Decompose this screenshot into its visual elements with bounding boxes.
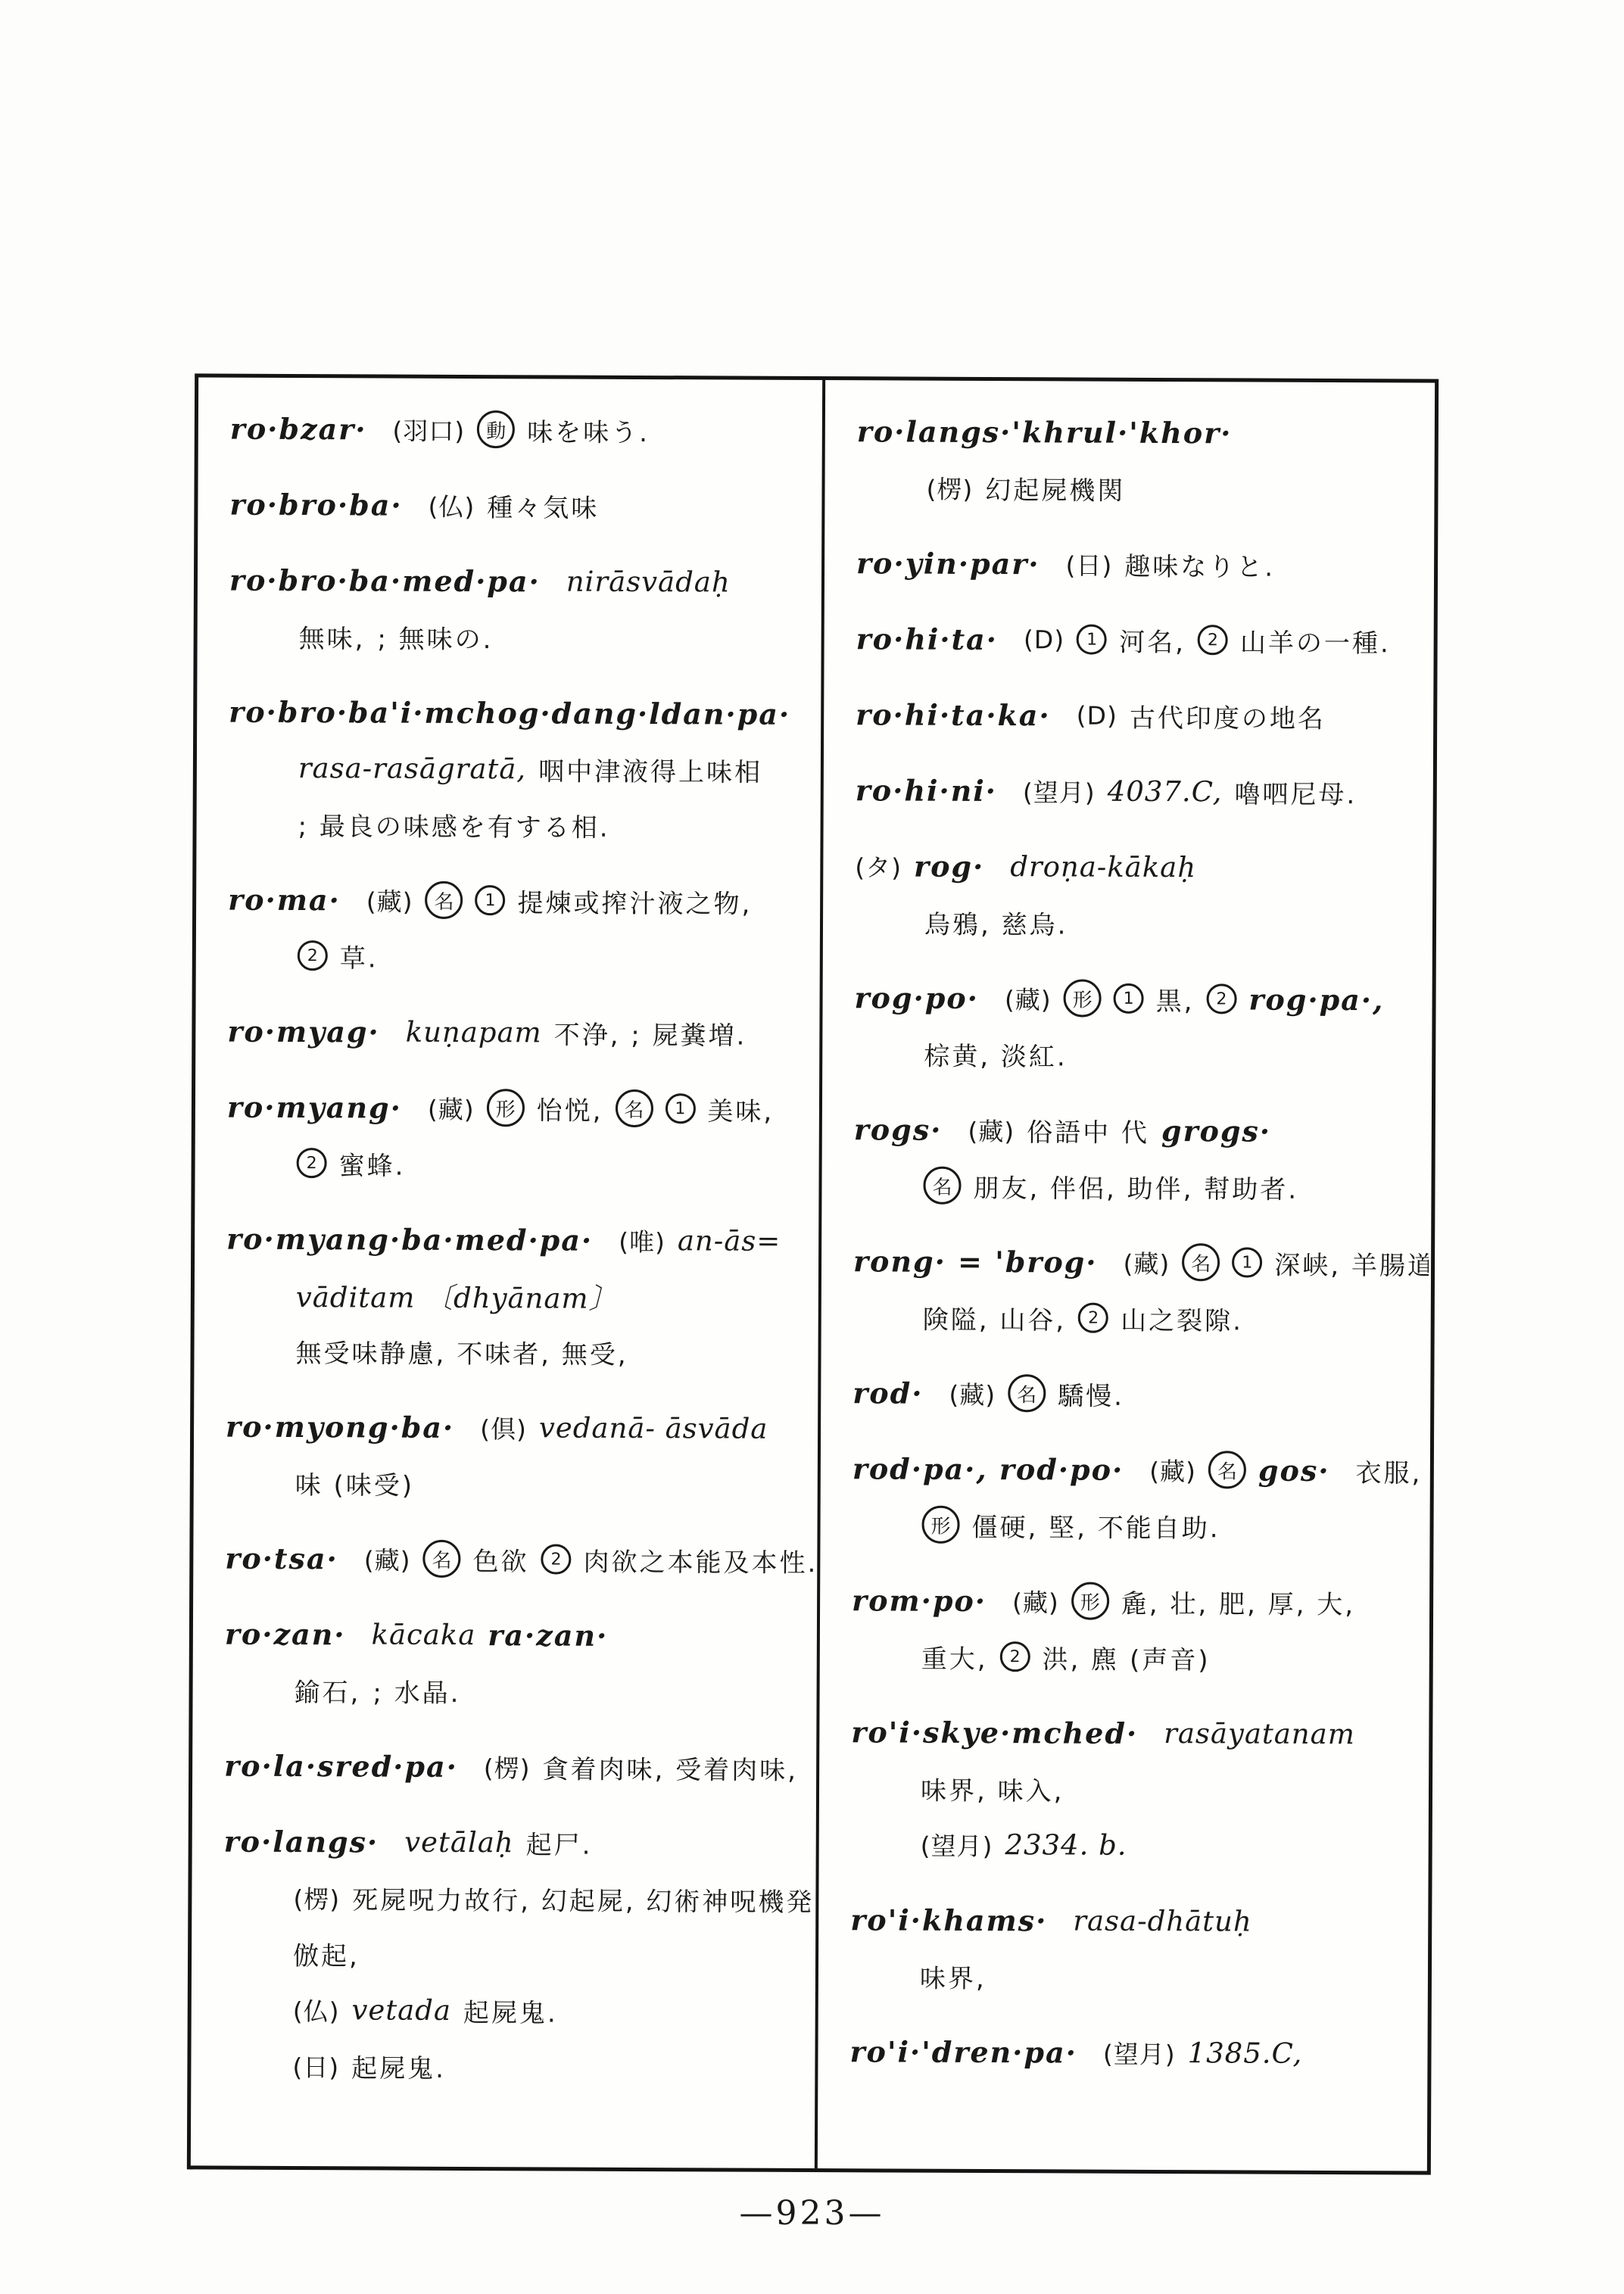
entry-line: ro·myag·kuṇapam不浄, ; 屍糞増. (227, 1003, 812, 1061)
gloss-text: 味界, (920, 1957, 987, 1994)
pos-circle: 名 (1182, 1243, 1220, 1281)
pos-circle: 名 (422, 1540, 460, 1578)
gloss-text: 烏鴉, 慈烏. (924, 903, 1068, 941)
sanskrit-term: vetada (351, 1993, 451, 2027)
dictionary-entry: ro·hi·ta·ka·(D)古代印度の地名 (856, 686, 1423, 744)
entry-line: ro·langs·vetālaḥ起尸. (224, 1813, 809, 1872)
tibetan-headword: ro·bro·ba·med·pa· (229, 563, 541, 598)
tibetan-headword: rod·pa·, rod·po· (853, 1451, 1124, 1487)
entry-line: rasa-rasāgratā,咽中津液得上味相 (229, 740, 813, 798)
dictionary-entry: ro·myong·ba·(倶)vedanā- āsvāda味 (味受) (226, 1398, 811, 1513)
entry-line: ro·hi·ta·ka·(D)古代印度の地名 (856, 686, 1423, 744)
entry-line: ro·la·sred·pa·(楞)貪着肉味, 受着肉味, (224, 1738, 809, 1796)
dictionary-entry: ro·ma·(藏)名1提煉或搾汁液之物,2草. (228, 871, 813, 986)
entry-line: ro·bro·ba·(仏)種々気味 (229, 476, 814, 535)
gloss-text: 朋友, 伴侶, 助伴, 幇助者. (973, 1167, 1298, 1205)
gloss-text: 怡悦, (537, 1089, 603, 1127)
source-tag: (楞) (926, 469, 973, 505)
source-tag: (D) (1024, 625, 1064, 654)
entry-line: (楞)死屍呪力故行, 幻起屍, 幻術神呪機発 (223, 1869, 808, 1928)
entry-line: 鍮石,; 水晶. (224, 1662, 809, 1720)
sense-number-circle: 2 (1078, 1303, 1108, 1333)
entry-line: ro·bro·ba'i·mchog·dang·ldan·pa· (229, 684, 813, 742)
dictionary-entry: rod·(藏)名驕慢. (853, 1364, 1420, 1423)
gloss-text: 趣味なりと. (1124, 545, 1275, 583)
entry-line: (楞)幻起屍機関 (856, 459, 1424, 517)
gloss-text: 幻起屍機関 (985, 469, 1125, 506)
gloss-text: 色欲 (472, 1541, 528, 1578)
pos-circle: 名 (425, 881, 463, 919)
dictionary-entry: rogs·(藏)俗語中 代grogs·名朋友, 伴侶, 助伴, 幇助者. (853, 1101, 1422, 1215)
source-tag: (仏) (429, 487, 475, 522)
sanskrit-term: vāditam 〔dhyānam〕 (296, 1274, 618, 1317)
source-tag: (藏) (968, 1111, 1015, 1147)
gloss-text: 肉欲之本能及本性. (583, 1541, 818, 1579)
entry-line: ro·zan·kācakara·zan· (225, 1606, 809, 1664)
source-tag: (D) (1077, 700, 1117, 730)
gloss-text: 俗語中 代 (1027, 1111, 1149, 1149)
dictionary-entry: ro·bzar·(羽口)動味を味う. (230, 401, 815, 459)
sense-number-circle: 1 (665, 1093, 695, 1124)
tibetan-headword: ro·hi·ta·ka· (856, 697, 1051, 732)
sanskrit-term: 2334. b. (1005, 1828, 1127, 1862)
entry-line: rog·po·(藏)形1黒,2rog·pa·, (854, 969, 1422, 1027)
source-tag: (倶) (480, 1410, 527, 1445)
tibetan-headword: ro·bro·ba· (229, 487, 402, 522)
gloss-text: 河名, (1119, 621, 1186, 658)
source-tag: (藏) (1123, 1244, 1170, 1279)
source-tag: (日) (1065, 546, 1112, 581)
gloss-text: 険隘, 山谷, (923, 1298, 1067, 1336)
entry-line: ; 最良の味感を有する相. (228, 796, 812, 854)
sense-number-circle: 2 (541, 1544, 571, 1574)
source-tag: (望月) (1103, 2034, 1176, 2070)
gloss-text: 山羊の一種. (1240, 622, 1391, 659)
entry-line: 険隘, 山谷,2山之裂隙. (853, 1289, 1421, 1347)
gloss-text: 無受味静慮, 不味者, 無受, (295, 1332, 628, 1371)
source-tag: (楞) (484, 1749, 531, 1784)
entry-line: 味 (味受) (226, 1454, 810, 1513)
pos-circle: 名 (1008, 1374, 1046, 1412)
entry-line: 倣起, (223, 1925, 808, 1984)
source-tag: (仏) (293, 1992, 340, 2028)
gloss-text: ; 水晶. (372, 1672, 460, 1710)
sanskrit-term: vetālaḥ (404, 1825, 514, 1859)
gloss-text: 種々気味 (487, 487, 599, 525)
tibetan-headword: rogs· (854, 1112, 943, 1147)
dictionary-entry: rom·po·(藏)形麁, 壮, 肥, 厚, 大,重大,2洪, 麃 (声音) (852, 1572, 1420, 1686)
source-tag: (楞) (293, 1880, 340, 1915)
tibetan-headword: rom·po· (852, 1583, 987, 1618)
scanned-page: ro·bzar·(羽口)動味を味う.ro·bro·ba·(仏)種々気味ro·br… (0, 0, 1624, 2294)
tibetan-headword: ro·myag· (227, 1014, 380, 1049)
entry-line: ro·ma·(藏)名1提煉或搾汁液之物, (228, 871, 812, 930)
tibetan-headword: rog·po· (854, 980, 979, 1015)
sense-number-circle: 1 (1077, 625, 1107, 655)
dictionary-entry: ro'i·khams·rasa-dhātuḥ味界, (850, 1891, 1419, 2006)
tibetan-headword: ro·tsa· (225, 1541, 338, 1576)
gloss-text: 起尸. (526, 1824, 593, 1861)
gloss-text: 無味, (299, 618, 366, 655)
entry-line: 名朋友, 伴侶, 助伴, 幇助者. (853, 1157, 1421, 1215)
tibetan-headword: ro·zan· (225, 1616, 346, 1651)
tibetan-headword: grogs· (1161, 1114, 1271, 1149)
entry-table-frame: ro·bzar·(羽口)動味を味う.ro·bro·ba·(仏)種々気味ro·br… (187, 373, 1439, 2174)
sense-number-circle: 2 (297, 1148, 327, 1178)
entry-line: (日)起屍鬼. (223, 2037, 807, 2096)
pos-circle: 名 (615, 1089, 653, 1127)
sense-number-circle: 1 (475, 885, 505, 915)
entry-line: (仏)vetada起屍鬼. (223, 1981, 808, 2040)
tibetan-headword: ro·myang·ba·med·pa· (226, 1221, 593, 1257)
tibetan-headword: ro'i·khams· (850, 1903, 1047, 1937)
sense-number-circle: 2 (1000, 1641, 1030, 1672)
source-tag: (タ) (855, 848, 902, 884)
dictionary-entry: (タ)rog·droṇa-kākaḥ烏鴉, 慈烏. (855, 837, 1423, 952)
gloss-text: 味界, 味入, (921, 1769, 1064, 1807)
entry-line: rod·(藏)名驕慢. (853, 1364, 1420, 1423)
entry-line: ro·myong·ba·(倶)vedanā- āsvāda (226, 1398, 810, 1457)
entry-line: rod·pa·, rod·po·(藏)名gos·衣服, (853, 1440, 1420, 1498)
entry-line: 形僵硬, 堅, 不能自助. (852, 1496, 1420, 1554)
gloss-text: 倣起, (293, 1935, 360, 1972)
tibetan-headword: ro·bzar· (230, 411, 367, 446)
sanskrit-term: vedanā- āsvāda (539, 1411, 768, 1445)
entry-line: rogs·(藏)俗語中 代grogs· (854, 1101, 1422, 1159)
tibetan-headword: ro·hi·ta· (856, 622, 998, 656)
source-tag: (藏) (364, 1541, 411, 1576)
dictionary-entry: rod·pa·, rod·po·(藏)名gos·衣服,形僵硬, 堅, 不能自助. (852, 1440, 1420, 1554)
dictionary-entry: rog·po·(藏)形1黒,2rog·pa·,棕黄, 淡紅. (854, 969, 1423, 1083)
dictionary-entry: ro·hi·ni·(望月)4037.C,嚕呬尼母. (856, 762, 1423, 820)
dictionary-entry: rong· = 'brog·(藏)名1深峡, 羊腸道,険隘, 山谷,2山之裂隙. (853, 1233, 1422, 1347)
dictionary-entry: ro·bro·ba·med·pa·nirāsvādaḥ無味,; 無味の. (229, 552, 815, 666)
gloss-text: ; 最良の味感を有する相. (298, 806, 609, 844)
sanskrit-term: nirāsvādaḥ (566, 565, 731, 598)
tibetan-headword: ro'i·skye·mched· (851, 1715, 1138, 1750)
right-column: ro·langs·'khrul·'khor·(楞)幻起屍機関ro·yin·par… (818, 380, 1432, 2171)
pos-circle: 名 (1208, 1451, 1246, 1488)
entry-line: ro'i·'dren·pa·(望月)1385.C, (849, 2023, 1417, 2081)
sense-number-circle: 2 (1198, 625, 1228, 655)
tibetan-headword: ro·bro·ba'i·mchog·dang·ldan·pa· (229, 694, 790, 731)
dictionary-entry: ro·myang·(藏)形怡悦,名1美味,2蜜蜂. (226, 1079, 812, 1193)
tibetan-headword: rog·pa·, (1248, 982, 1384, 1017)
source-tag: (日) (292, 2048, 339, 2084)
sanskrit-term: 1385.C, (1188, 2037, 1303, 2070)
gloss-text: 提煉或搾汁液之物, (517, 882, 752, 920)
entry-line: ro·myang·ba·med·pa·(唯)an-ās= (226, 1211, 811, 1269)
entry-line: 2草. (228, 927, 812, 986)
sanskrit-term: 4037.C, (1108, 775, 1223, 808)
dictionary-entry: ro·bro·ba'i·mchog·dang·ldan·pa·rasa-rasā… (228, 684, 813, 854)
gloss-text: 草. (340, 937, 379, 974)
sanskrit-term: droṇa-kākaḥ (1010, 850, 1196, 884)
gloss-text: 味を味う. (527, 411, 650, 449)
gloss-text: 咽中津液得上味相 (538, 750, 762, 788)
gloss-text: 味 (味受) (295, 1464, 415, 1502)
source-tag: (望月) (921, 1826, 993, 1862)
gloss-text: 蜜蜂. (339, 1145, 406, 1182)
sanskrit-term: rasa-dhātuḥ (1073, 1904, 1252, 1937)
tibetan-headword: rong· = 'brog· (853, 1244, 1098, 1279)
pos-circle: 形 (487, 1089, 525, 1127)
entry-line: ro·langs·'khrul·'khor· (857, 403, 1425, 461)
entry-line: rom·po·(藏)形麁, 壮, 肥, 厚, 大, (852, 1572, 1420, 1630)
tibetan-headword: ro·myang· (227, 1089, 402, 1124)
dictionary-entry: ro·tsa·(藏)名色欲2肉欲之本能及本性. (225, 1530, 809, 1588)
dictionary-entry: ro·langs·vetālaḥ起尸.(楞)死屍呪力故行, 幻起屍, 幻術神呪機… (223, 1813, 809, 2096)
tibetan-headword: rod· (853, 1376, 923, 1410)
gloss-text: 衣服, (1355, 1452, 1422, 1489)
pos-circle: 名 (923, 1167, 961, 1205)
sense-number-circle: 1 (1232, 1247, 1262, 1277)
gloss-text: 山之裂隙. (1121, 1299, 1243, 1337)
dictionary-entry: ro·langs·'khrul·'khor·(楞)幻起屍機関 (856, 403, 1425, 517)
gloss-text: 起屍鬼. (463, 1991, 558, 2029)
sense-number-circle: 1 (1114, 983, 1144, 1014)
entry-line: 烏鴉, 慈烏. (855, 893, 1423, 952)
source-tag: (藏) (428, 1089, 475, 1125)
entry-line: 重大,2洪, 麃 (声音) (852, 1628, 1420, 1686)
sanskrit-term: kuṇapam (406, 1015, 542, 1049)
entry-line: ro·tsa·(藏)名色欲2肉欲之本能及本性. (225, 1530, 809, 1588)
gloss-text: 洪, 麃 (声音) (1043, 1638, 1211, 1676)
gloss-text: 鍮石, (294, 1672, 360, 1709)
gloss-text: 僵硬, 堅, 不能自助. (971, 1506, 1220, 1544)
entry-line: 2蜜蜂. (226, 1135, 811, 1193)
gloss-text: 重大, (921, 1638, 988, 1675)
pos-circle: 動 (477, 410, 515, 448)
entry-line: 無味,; 無味の. (229, 608, 814, 666)
entry-line: ro·bro·ba·med·pa·nirāsvādaḥ (229, 552, 814, 610)
gloss-text: 古代印度の地名 (1130, 697, 1326, 734)
entry-line: ro·hi·ta·(D)1河名,2山羊の一種. (856, 610, 1424, 669)
sanskrit-term: an-ās= (678, 1224, 781, 1258)
source-tag: (望月) (1023, 773, 1096, 809)
source-tag: (藏) (949, 1375, 996, 1410)
source-tag: (藏) (1005, 980, 1052, 1016)
dictionary-entry: ro·hi·ta·(D)1河名,2山羊の一種. (856, 610, 1424, 669)
tibetan-headword: ro·la·sred·pa· (224, 1748, 458, 1783)
gloss-text: 驕慢. (1058, 1375, 1124, 1412)
entry-line: (タ)rog·droṇa-kākaḥ (855, 837, 1423, 896)
entry-line: 無受味静慮, 不味者, 無受, (226, 1323, 810, 1381)
sanskrit-term: rasa-rasāgratā, (298, 752, 526, 785)
tibetan-headword: ro·hi·ni· (856, 773, 997, 808)
pos-circle: 形 (1071, 1582, 1109, 1619)
entry-line: ro·hi·ni·(望月)4037.C,嚕呬尼母. (856, 762, 1423, 820)
entry-line: rong· = 'brog·(藏)名1深峡, 羊腸道, (853, 1233, 1421, 1291)
entry-line: vāditam 〔dhyānam〕 (226, 1267, 811, 1325)
tibetan-headword: ro·ma· (228, 882, 341, 917)
tibetan-headword: ro·langs· (224, 1824, 379, 1859)
dictionary-entry: ro·myag·kuṇapam不浄, ; 屍糞増. (227, 1003, 812, 1061)
gloss-text: 美味, (707, 1090, 774, 1127)
source-tag: (藏) (366, 882, 413, 918)
entry-line: 棕黄, 淡紅. (854, 1025, 1422, 1083)
pos-circle: 形 (1064, 979, 1102, 1017)
gloss-text: 黒, (1156, 980, 1195, 1017)
sanskrit-term: kācaka (371, 1618, 475, 1651)
dictionary-entry: ro·yin·par·(日)趣味なりと. (856, 535, 1424, 593)
gloss-text: 不浄, ; 屍糞増. (554, 1014, 747, 1052)
entry-line: 味界, (850, 1947, 1418, 2006)
tibetan-headword: ro·yin·par· (856, 546, 1040, 581)
dictionary-entry: ro'i·skye·mched·rasāyatanam味界, 味入,(望月)23… (851, 1703, 1420, 1874)
tibetan-headword: ra·zan· (488, 1618, 608, 1653)
dictionary-entry: ro·myang·ba·med·pa·(唯)an-ās=vāditam 〔dhy… (226, 1211, 811, 1381)
tibetan-headword: ro'i·'dren·pa· (849, 2034, 1077, 2069)
page-number: —923— (0, 2194, 1624, 2233)
source-tag: (藏) (1149, 1451, 1196, 1487)
gloss-text: 深峡, 羊腸道, (1274, 1244, 1432, 1282)
gloss-text: 起屍鬼. (351, 2047, 446, 2085)
tibetan-headword: gos· (1258, 1453, 1330, 1487)
gloss-text: ; 無味の. (377, 618, 493, 656)
dictionary-entry: ro·zan·kācakara·zan·鍮石,; 水晶. (224, 1606, 809, 1720)
gloss-text: 貪着肉味, 受着肉味, (543, 1748, 799, 1786)
source-tag: (藏) (1012, 1583, 1059, 1619)
source-tag: (唯) (619, 1222, 665, 1258)
gloss-text: 死屍呪力故行, 幻起屍, 幻術神呪機発 (352, 1879, 814, 1918)
entry-line: ro·bzar·(羽口)動味を味う. (230, 401, 815, 459)
gloss-text: 麁, 壮, 肥, 厚, 大, (1121, 1582, 1355, 1620)
sense-number-circle: 2 (298, 940, 328, 971)
pos-circle: 形 (921, 1506, 959, 1544)
entry-line: 味界, 味入, (851, 1759, 1419, 1818)
entry-line: ro·yin·par·(日)趣味なりと. (856, 535, 1424, 593)
tibetan-headword: rog· (914, 849, 984, 883)
left-column: ro·bzar·(羽口)動味を味う.ro·bro·ba·(仏)種々気味ro·br… (191, 377, 825, 2168)
tibetan-headword: ro·langs·'khrul·'khor· (857, 414, 1233, 450)
sense-number-circle: 2 (1206, 983, 1236, 1014)
entry-line: (望月)2334. b. (851, 1816, 1419, 1874)
entry-line: ro'i·khams·rasa-dhātuḥ (850, 1891, 1418, 1950)
sanskrit-term: rasāyatanam (1164, 1717, 1355, 1750)
gloss-text: 嚕呬尼母. (1234, 773, 1357, 811)
dictionary-entry: ro'i·'dren·pa·(望月)1385.C, (849, 2023, 1417, 2081)
source-tag: (羽口) (392, 411, 465, 447)
gloss-text: 棕黄, 淡紅. (924, 1035, 1068, 1073)
entry-line: ro'i·skye·mched·rasāyatanam (851, 1703, 1419, 1762)
dictionary-entry: ro·bro·ba·(仏)種々気味 (229, 476, 814, 535)
tibetan-headword: ro·myong·ba· (226, 1409, 454, 1444)
entry-line: ro·myang·(藏)形怡悦,名1美味, (227, 1079, 812, 1137)
dictionary-entry: ro·la·sred·pa·(楞)貪着肉味, 受着肉味, (224, 1738, 809, 1796)
